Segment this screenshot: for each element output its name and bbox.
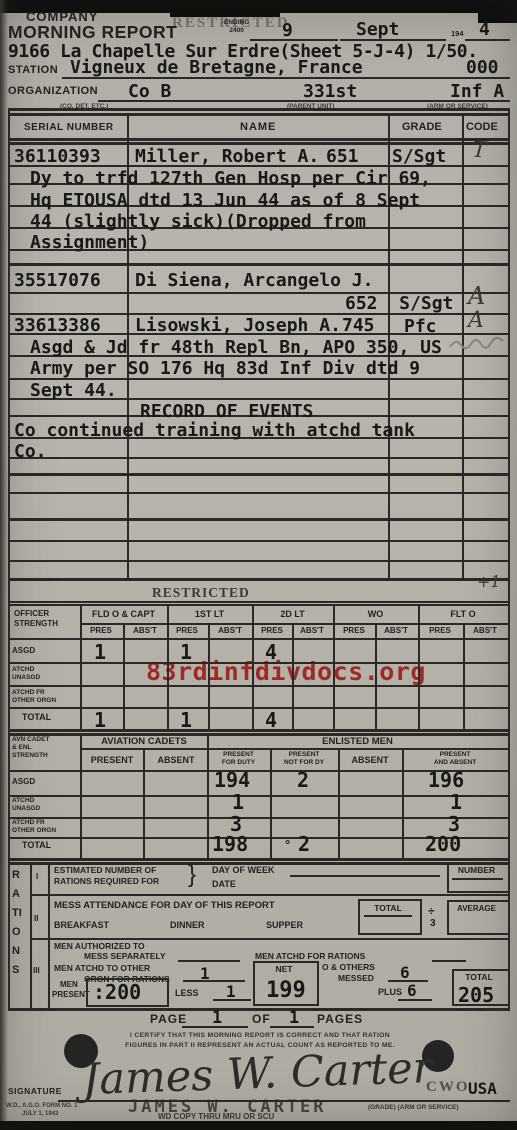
date-day-value: 9 — [282, 20, 293, 41]
entry-mos: 745 — [342, 315, 375, 336]
form-id-line1: W.D., A.G.O. FORM NO. 1 — [6, 1103, 77, 1109]
group-enlisted-men: ENLISTED MEN — [210, 736, 505, 747]
pages-label: PAGES — [317, 1012, 363, 1026]
entry-name: Di Siena, Arcangelo J. — [135, 270, 373, 291]
mess-attendance-title: MESS ATTENDANCE FOR DAY OF THIS REPORT — [54, 900, 275, 911]
rule — [208, 623, 210, 730]
abst-header: ABS'T — [376, 626, 416, 635]
men-authorized-line1: MEN AUTHORIZED TO — [54, 941, 145, 951]
rule — [418, 604, 420, 730]
scan-edge-left — [0, 0, 8, 1130]
rule — [182, 1026, 248, 1028]
date-label: DATE — [212, 879, 236, 889]
rule — [167, 604, 169, 730]
entry-remark: Assignment) — [30, 232, 149, 253]
men-atchd-other-line1: MEN ATCHD TO OTHER — [54, 963, 150, 973]
others-line1: O & OTHERS — [322, 962, 375, 972]
rule — [8, 263, 510, 266]
rule — [402, 748, 404, 858]
rule — [98, 100, 510, 102]
rations-side-label: RATIONS — [12, 866, 25, 980]
rule — [178, 960, 240, 962]
entry-grade: Pfc — [404, 316, 437, 337]
enlisted-asgd-pa: 196 — [428, 768, 464, 792]
rule — [62, 77, 510, 79]
entry-remark: Hq ETOUSA dtd 13 Jun 44 as of 8 Sept — [30, 190, 420, 211]
form-id-line2: JULY 1, 1943 — [22, 1111, 58, 1117]
entry-remark: 44 (slightly sick)(Dropped from — [30, 211, 366, 232]
men-authorized-line2: MESS SEPARATELY — [84, 951, 166, 961]
row-label-total: TOTAL — [22, 840, 51, 850]
brace-glyph: } — [188, 861, 196, 889]
handwritten-plus-one: +1 — [477, 572, 501, 591]
net-label: NET — [255, 964, 313, 974]
men-present-value: :200 — [93, 980, 141, 1004]
rule — [8, 604, 510, 606]
rule — [123, 623, 125, 730]
rations-numeral-3: III — [33, 966, 40, 975]
rule — [364, 915, 412, 917]
restricted-stamp-mid: RESTRICTED — [152, 585, 250, 601]
rule — [8, 707, 510, 709]
men-present-line2: PRESENT — [52, 990, 90, 999]
row-label-atchd-unasgd: ATCHD UNASGD — [12, 666, 40, 682]
group-2d-lt: 2D LT — [254, 609, 331, 619]
rule — [8, 113, 510, 116]
signature-service: USA — [468, 1079, 497, 1098]
pres-header: PRES — [81, 626, 121, 635]
organization-unit-value: Co B — [128, 81, 171, 102]
rule — [30, 862, 32, 1008]
entry-grade-cont: 652 S/Sgt — [345, 293, 453, 314]
enlisted-total-pfd: 198 — [212, 832, 248, 856]
abst-header: ABS'T — [125, 626, 165, 635]
entry-name: Miller, Robert A. — [135, 146, 319, 167]
morning-report-document: COMPANY RESTRICTED MORNING REPORT ENDING… — [0, 0, 517, 1130]
rule — [30, 894, 510, 896]
rations-numeral-1: I — [36, 872, 38, 881]
group-1st-lt: 1ST LT — [169, 609, 250, 619]
officer-strength-corner: OFFICER STRENGTH — [14, 609, 58, 629]
ending-2400-label: ENDING 2400 — [224, 19, 249, 35]
rule — [8, 457, 510, 459]
row-label-atchd-fr: ATCHD FR OTHER ORGN — [12, 689, 56, 705]
pres-header: PRES — [167, 626, 207, 635]
rations-total-value: 205 — [458, 983, 494, 1007]
page-value: 1 — [212, 1008, 222, 1028]
pres-header: PRES — [420, 626, 460, 635]
number-label: NUMBER — [449, 865, 504, 875]
officer-total-2dlt-pres: 4 — [265, 708, 277, 732]
entry-serial: 36110393 — [14, 146, 101, 167]
rule — [8, 518, 510, 521]
less-label: LESS — [175, 988, 199, 998]
col-code: CODE — [466, 121, 498, 133]
entry-name: Lisowski, Joseph A. — [135, 315, 341, 336]
year-printed: 194 — [451, 29, 464, 38]
abst-header: ABS'T — [292, 626, 332, 635]
rule — [8, 638, 510, 640]
breakfast-label: BREAKFAST — [54, 920, 109, 930]
entry-grade: S/Sgt — [392, 146, 446, 167]
date-month-value: Sept — [356, 19, 399, 40]
enlisted-total-pa: 200 — [425, 832, 461, 856]
average-label: AVERAGE — [448, 904, 505, 913]
rule — [80, 733, 82, 858]
rule — [8, 1008, 510, 1011]
group-wo: WO — [335, 609, 416, 619]
divide-sign: ÷ — [428, 904, 435, 918]
rule — [8, 729, 510, 732]
rule — [8, 138, 510, 141]
entry-serial: 33613386 — [14, 315, 101, 336]
divisor: 3 — [430, 918, 436, 929]
row-label-asgd: ASGD — [12, 777, 35, 786]
col-av-absent: ABSENT — [147, 755, 205, 765]
officer-asgd-1stlt-pres: 1 — [180, 640, 192, 664]
rule — [8, 540, 510, 542]
enlisted-asgd-pfd: 194 — [214, 768, 250, 792]
station-value: Vigneux de Bretagne, France — [70, 57, 363, 78]
rule — [463, 623, 465, 730]
copy-note: WD COPY THRU MRU OR SCU — [158, 1112, 274, 1121]
enlisted-atchd-pa: 1 — [450, 790, 462, 814]
men-atchd-rations-label: MEN ATCHD FOR RATIONS — [255, 951, 365, 961]
handwritten-scribble — [448, 336, 508, 352]
col-serial-number: SERIAL NUMBER — [24, 122, 114, 133]
rule — [292, 623, 294, 730]
group-flt-o: FLT O — [420, 609, 506, 619]
officer-asgd-2dlt-pres: 4 — [265, 640, 277, 664]
scan-edge-bottom — [0, 1121, 517, 1130]
group-fld-o-capt: FLD O & CAPT — [82, 609, 165, 619]
col-present-and-absent: PRESENT AND ABSENT — [410, 751, 500, 767]
enlisted-asgd-pnfd: 2 — [297, 768, 309, 792]
row-label-asgd: ASGD — [12, 646, 35, 655]
rule — [432, 960, 466, 962]
rule — [80, 604, 82, 730]
officer-total-1stlt-pres: 1 — [180, 708, 192, 732]
entry-mos: 651 — [326, 146, 359, 167]
dinner-label: DINNER — [170, 920, 205, 930]
rule — [213, 999, 251, 1001]
row-label-total: TOTAL — [22, 712, 51, 722]
rule — [290, 875, 440, 877]
enlisted-corner: AVN CADET & ENL STRENGTH — [12, 736, 49, 760]
row-label-atchd-fr: ATCHD FR OTHER ORGN — [12, 819, 56, 835]
col-av-present: PRESENT — [83, 755, 141, 765]
pages-value: 1 — [289, 1008, 299, 1028]
event-line: Co continued training with atchd tank — [14, 420, 415, 441]
report-title: MORNING REPORT — [8, 22, 177, 43]
handwritten-code: A — [468, 282, 485, 310]
signature-grade: CWO — [426, 1079, 470, 1096]
rule — [8, 662, 510, 664]
event-line: Co. — [14, 441, 47, 462]
rule — [183, 980, 245, 982]
abst-header: ABS'T — [465, 626, 505, 635]
rule — [30, 938, 510, 940]
rule — [8, 601, 510, 603]
signature-label: SIGNATURE — [8, 1086, 62, 1096]
organization-parent-value: 331st — [303, 81, 357, 102]
col-en-absent: ABSENT — [340, 755, 400, 765]
rations-numeral-2: II — [34, 914, 38, 923]
station-label: STATION — [8, 64, 58, 76]
rule — [8, 685, 510, 687]
pres-header: PRES — [252, 626, 292, 635]
handwritten-code: T — [471, 138, 487, 164]
grade-service-caption: (GRADE) (ARM OR SERVICE) — [368, 1104, 459, 1111]
rule — [8, 817, 510, 819]
entry-remark: Sept 44. — [30, 380, 117, 401]
year-typed-value: 4 — [479, 19, 490, 40]
rule — [452, 878, 503, 880]
rule — [333, 604, 335, 730]
day-of-week-label: DAY OF WEEK — [212, 865, 275, 875]
rule — [8, 578, 510, 581]
signature-script: James W. Carter — [81, 1043, 434, 1105]
estimated-rations-line2: RATIONS REQUIRED FOR — [54, 876, 159, 886]
rule — [48, 862, 50, 1008]
rule — [252, 604, 254, 730]
rule — [375, 623, 377, 730]
entry-remark: Army per SO 176 Hq 83d Inf Div dtd 9 — [30, 358, 420, 379]
rule — [270, 1026, 314, 1028]
page-label: PAGE — [150, 1012, 187, 1026]
organization-label: ORGANIZATION — [8, 85, 98, 97]
plus-value: 6 — [407, 981, 417, 1000]
col-name: NAME — [240, 121, 276, 133]
rule — [8, 858, 510, 861]
rule — [8, 142, 510, 145]
entry-remark: Asgd & Jd fr 48th Repl Bn, APO 350, US — [30, 337, 442, 358]
plus-label: PLUS — [378, 987, 402, 997]
pres-header: PRES — [334, 626, 374, 635]
station-code-value: 000 — [466, 57, 499, 78]
officer-total-fldo-pres: 1 — [94, 708, 106, 732]
row-label-atchd-unasgd: ATCHD UNASGD — [12, 797, 40, 813]
record-of-events-title: RECORD OF EVENTS — [140, 401, 313, 422]
net-value: 199 — [266, 978, 306, 1003]
of-label: OF — [252, 1012, 271, 1026]
rations-total-label: TOTAL — [454, 972, 504, 982]
rule — [8, 108, 10, 1008]
supper-label: SUPPER — [266, 920, 303, 930]
col-present-for-duty: PRESENT FOR DUTY — [209, 751, 268, 767]
entry-serial: 35517076 — [14, 270, 101, 291]
organization-arm-value: Inf A — [450, 81, 504, 102]
men-present-line1: MEN — [60, 980, 78, 989]
stray-mark: ° — [284, 838, 291, 852]
estimated-rations-line1: ESTIMATED NUMBER OF — [54, 865, 156, 875]
entry-remark: Dy to trfd 127th Gen Hosp per Cir 69, — [30, 168, 431, 189]
rule — [8, 473, 510, 476]
enlisted-total-pnfd: 2 — [298, 832, 310, 856]
group-aviation-cadets: AVIATION CADETS — [85, 736, 203, 747]
rule — [8, 560, 510, 562]
rule — [8, 108, 510, 111]
rule — [143, 748, 145, 858]
abst-header: ABS'T — [210, 626, 250, 635]
handwritten-code: A — [468, 308, 484, 333]
rule — [8, 492, 510, 494]
mess-total-label: TOTAL — [360, 903, 416, 913]
col-present-not-for-dy: PRESENT NOT FOR DY — [272, 751, 336, 767]
col-grade: GRADE — [402, 121, 442, 133]
others-line2: MESSED — [338, 973, 374, 983]
rule — [80, 623, 510, 625]
rule — [8, 795, 510, 797]
rule — [398, 999, 432, 1001]
officer-asgd-fldo-pres: 1 — [94, 640, 106, 664]
enlisted-atchd-pfd: 1 — [232, 790, 244, 814]
